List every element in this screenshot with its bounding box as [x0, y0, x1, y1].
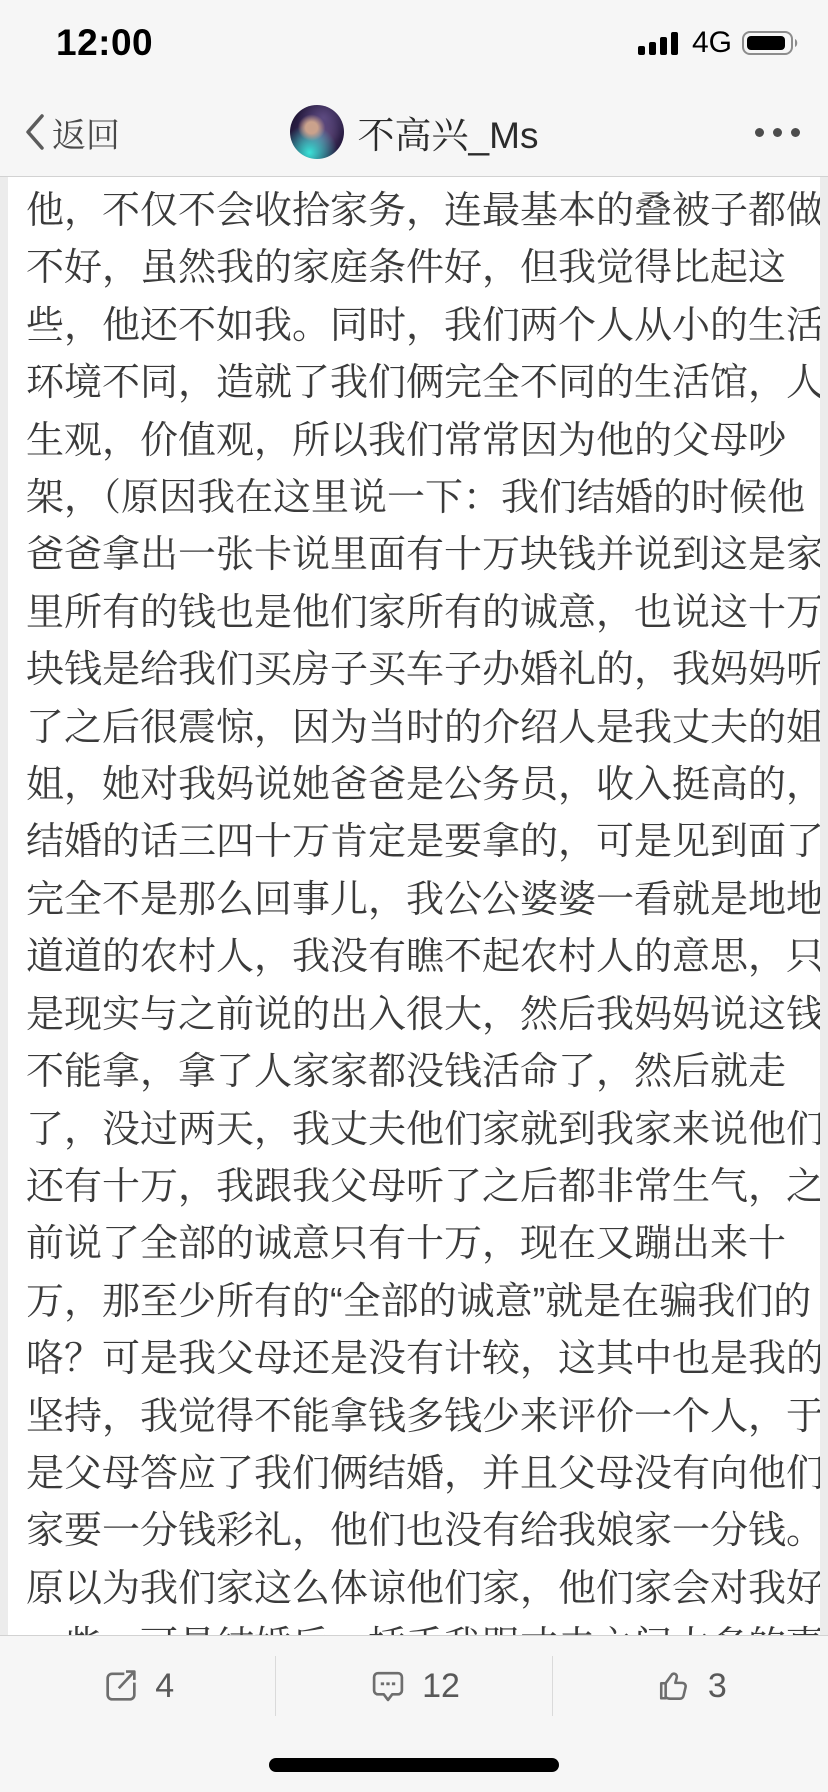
bottom-toolbar: 4 12 3 [0, 1635, 828, 1792]
post-text-line: 些，他还不如我。同时，我们两个人从小的生活 [26, 298, 802, 355]
comment-icon [368, 1666, 408, 1706]
like-count: 3 [708, 1667, 727, 1706]
post-text-line: 了，没过两天，我丈夫他们家就到我家来说他们 [26, 1102, 802, 1159]
clock: 12:00 [56, 22, 153, 64]
network-type-label: 4G [692, 26, 732, 60]
post-text-line: 架，（原因我在这里说一下：我们结婚的时候他 [26, 470, 802, 527]
post-text-line: 是父母答应了我们俩结婚，并且父母没有向他们 [26, 1446, 802, 1503]
more-options-button[interactable] [755, 88, 800, 176]
post-text-line: 不好，虽然我的家庭条件好，但我觉得比起这 [26, 240, 802, 297]
post-text-line: 前说了全部的诚意只有十万，现在又蹦出来十 [26, 1216, 802, 1273]
post-text-line: 道道的农村人，我没有瞧不起农村人的意思，只 [26, 929, 802, 986]
share-icon [101, 1666, 141, 1706]
post-text-line: 了之后很震惊，因为当时的介绍人是我丈夫的姐 [26, 700, 802, 757]
avatar [290, 105, 344, 159]
phone-screen: 12:00 4G [0, 0, 828, 1792]
like-button[interactable]: 3 [552, 1656, 828, 1716]
home-indicator[interactable] [269, 1758, 559, 1772]
post-text-line: 环境不同，造就了我们俩完全不同的生活馆，人 [26, 355, 802, 412]
more-dots-icon [755, 128, 764, 137]
post-text-line: 结婚的话三四十万肯定是要拿的，可是见到面了 [26, 814, 802, 871]
cellular-signal-icon [638, 29, 682, 57]
post-text-line: 一些，可是结婚后，插手我跟丈夫之间太多的事 [26, 1618, 802, 1636]
post-text-line: 不能拿，拿了人家家都没钱活命了，然后就走 [26, 1044, 802, 1101]
back-button-label: 返回 [52, 108, 120, 157]
post-text-line: 块钱是给我们买房子买车子办婚礼的，我妈妈听 [26, 642, 802, 699]
post-text-line: 咯？可是我父母还是没有计较，这其中也是我的 [26, 1331, 802, 1388]
post-body: 他，不仅不会收拾家务，连最基本的叠被子都做不好，虽然我的家庭条件好，但我觉得比起… [8, 177, 820, 1636]
status-bar-right: 4G [638, 26, 802, 60]
share-button[interactable]: 4 [0, 1656, 275, 1716]
post-text-line: 是现实与之前说的出入很大，然后我妈妈说这钱 [26, 987, 802, 1044]
post-text-line: 家要一分钱彩礼，他们也没有给我娘家一分钱。 [26, 1503, 802, 1560]
nav-title-group: 不高兴_Ms [0, 88, 828, 176]
post-text-line: 完全不是那么回事儿，我公公婆婆一看就是地地 [26, 872, 802, 929]
toolbar-row: 4 12 3 [0, 1636, 828, 1736]
post-text-line: 爸爸拿出一张卡说里面有十万块钱并说到这是家 [26, 527, 802, 584]
post-text-line: 姐，她对我妈说她爸爸是公务员，收入挺高的， [26, 757, 802, 814]
page-title: 不高兴_Ms [358, 105, 539, 159]
post-text-line: 生观，价值观，所以我们常常因为他的父母吵 [26, 413, 802, 470]
nav-bar: 返回 不高兴_Ms [0, 88, 828, 177]
battery-icon [742, 29, 802, 57]
post-text-line: 他，不仅不会收拾家务，连最基本的叠被子都做 [26, 183, 802, 240]
post-text-line: 万，那至少所有的“全部的诚意”就是在骗我们的 [26, 1274, 802, 1331]
post-scroll-area[interactable]: 他，不仅不会收拾家务，连最基本的叠被子都做不好，虽然我的家庭条件好，但我觉得比起… [0, 177, 828, 1636]
post-text-line: 原以为我们家这么体谅他们家，他们家会对我好 [26, 1561, 802, 1618]
post-text-line: 还有十万，我跟我父母听了之后都非常生气，之 [26, 1159, 802, 1216]
back-button[interactable]: 返回 [20, 88, 120, 176]
post-text-line: 里所有的钱也是他们家所有的诚意，也说这十万 [26, 585, 802, 642]
chevron-left-icon [20, 110, 50, 154]
comment-count: 12 [422, 1667, 460, 1706]
status-bar: 12:00 4G [0, 0, 828, 88]
share-count: 4 [155, 1667, 174, 1706]
comment-button[interactable]: 12 [275, 1656, 551, 1716]
post-text-line: 坚持，我觉得不能拿钱多钱少来评价一个人，于 [26, 1389, 802, 1446]
thumbs-up-icon [654, 1666, 694, 1706]
